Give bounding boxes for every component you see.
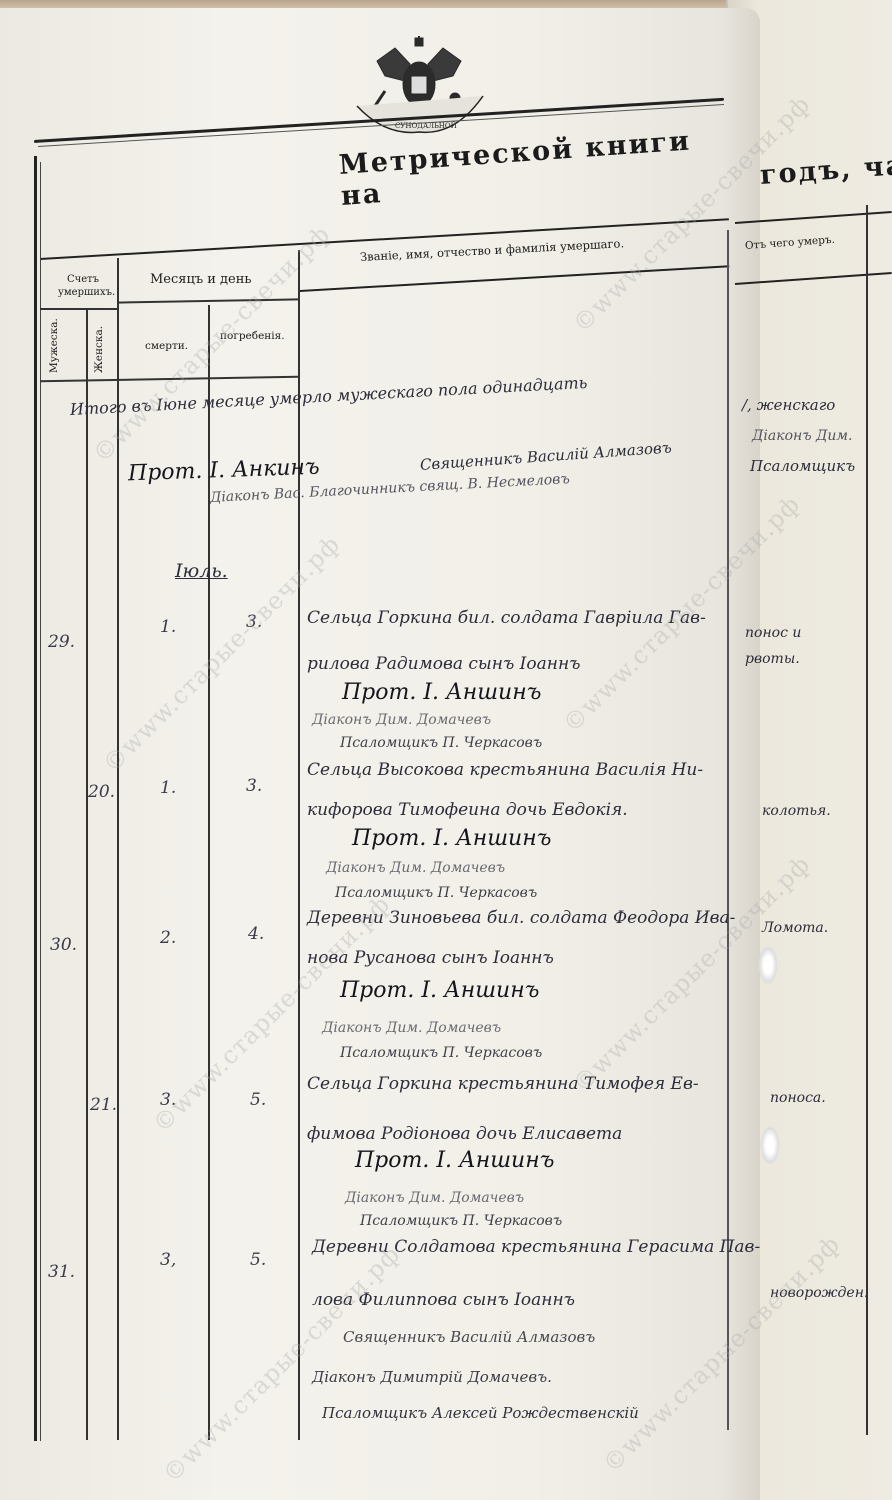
entry-death-day: 2. [160,928,176,948]
entry-priest-signature: Прот. І. Аншинъ [340,978,539,1003]
entry-psalmist-signature: Псаломщикъ П. Черкасовъ [335,885,537,901]
entry-number: 31. [48,1262,75,1282]
header-male: Мужеска. [48,318,60,373]
entry-name-line1: Деревни Зиновьева бил. солдата Феодора И… [307,908,735,928]
entry-death-day: 3, [160,1250,176,1270]
entry-number: 29. [48,632,75,652]
header-count-of-deceased: Счетъ умершихъ. [58,273,108,299]
entry-deacon-signature: Діаконъ Дим. Домачевъ [312,712,491,728]
entry-psalmist-signature: Псаломщикъ П. Черкасовъ [340,735,542,751]
page-tear [758,945,778,985]
count-header-divider [40,308,117,310]
header-death: смерти. [145,340,188,352]
entry-name-line2: рилова Радимова сынъ Іоаннъ [307,654,581,674]
entry-burial-day: 4. [248,924,264,944]
entry-psalmist-signature: Псаломщикъ П. Черкасовъ [360,1213,562,1229]
page-tear [760,1125,780,1165]
entry-deacon-signature: Діаконъ Дим. Домачевъ [345,1190,524,1206]
entry-priest-signature: Прот. І. Аншинъ [342,680,541,705]
double-headed-eagle-crest-icon: СУНОДАЛЬНОЙ [355,36,485,146]
entry-cause: поноса. [770,1090,826,1106]
col-divider-month-name [298,250,300,1440]
header-female: Женска. [93,318,105,373]
entry-psalmist-signature: Псаломщикъ П. Черкасовъ [340,1045,542,1061]
left-page [0,8,760,1500]
entry-number: 21. [90,1095,117,1115]
entry-priest-signature: Прот. І. Аншинъ [352,826,551,851]
entry-burial-day: 5. [250,1090,266,1110]
entry-death-day: 1. [160,778,176,798]
left-border-inner [40,162,41,1441]
entry-name-line1: Сельца Горкина бил. солдата Гавріила Гав… [307,608,706,628]
entry-name-line2: фимова Родіонова дочь Елисавета [307,1124,622,1144]
entry-deacon-signature: Діаконъ Дим. Домачевъ [326,860,505,876]
entry-burial-day: 5. [250,1250,266,1270]
entry-deacon-signature: Діаконъ Дим. Домачевъ [322,1020,501,1036]
month-label-july: Іюль. [175,560,228,582]
left-border [34,156,37,1441]
entry-death-day: 1. [160,617,176,637]
entry-priest-signature: Прот. І. Аншинъ [355,1148,554,1173]
entry-priest-signature: Священникъ Василій Алмазовъ [343,1328,595,1346]
entry-name-line1: Сельца Горкина крестьянина Тимофея Ев- [307,1074,699,1094]
summary-right-female: /, женскаго [742,396,835,414]
summary-right-psalmist: Псаломщикъ [750,457,855,475]
entry-cause: понос и рвоты. [745,620,845,672]
entry-cause: колотья. [762,803,831,819]
entry-cause: Ломота. [762,920,828,936]
right-page-col-divider [866,205,868,1435]
entry-burial-day: 3. [246,776,262,796]
entry-name-line2: кифорова Тимофеина дочь Евдокія. [307,800,628,820]
entry-deacon-signature: Діаконъ Димитрій Домачевъ. [312,1368,552,1386]
col-divider-count-month [117,258,119,1440]
entry-cause: новорожден. [770,1285,868,1301]
header-burial: погребенія. [220,330,285,342]
header-month-and-day: Месяцъ и день [150,272,252,287]
entry-name-line2: нова Русанова сынъ Іоаннъ [307,948,554,968]
entry-name-line1: Деревни Солдатова крестьянина Герасима П… [312,1237,760,1257]
entry-psalmist-signature: Псаломщикъ Алексей Рождественскій [322,1404,639,1422]
entry-death-day: 3. [160,1090,176,1110]
summary-right-deacon: Діаконъ Дим. [752,428,852,444]
entry-name-line2: лова Филиппова сынъ Іоаннъ [312,1290,575,1310]
entry-number: 30. [50,935,77,955]
col-divider-male-female [86,310,88,1440]
entry-number: 20. [88,782,115,802]
entry-burial-day: 3. [246,612,262,632]
entry-name-line1: Сельца Высокова крестьянина Василія Ни- [307,760,703,780]
